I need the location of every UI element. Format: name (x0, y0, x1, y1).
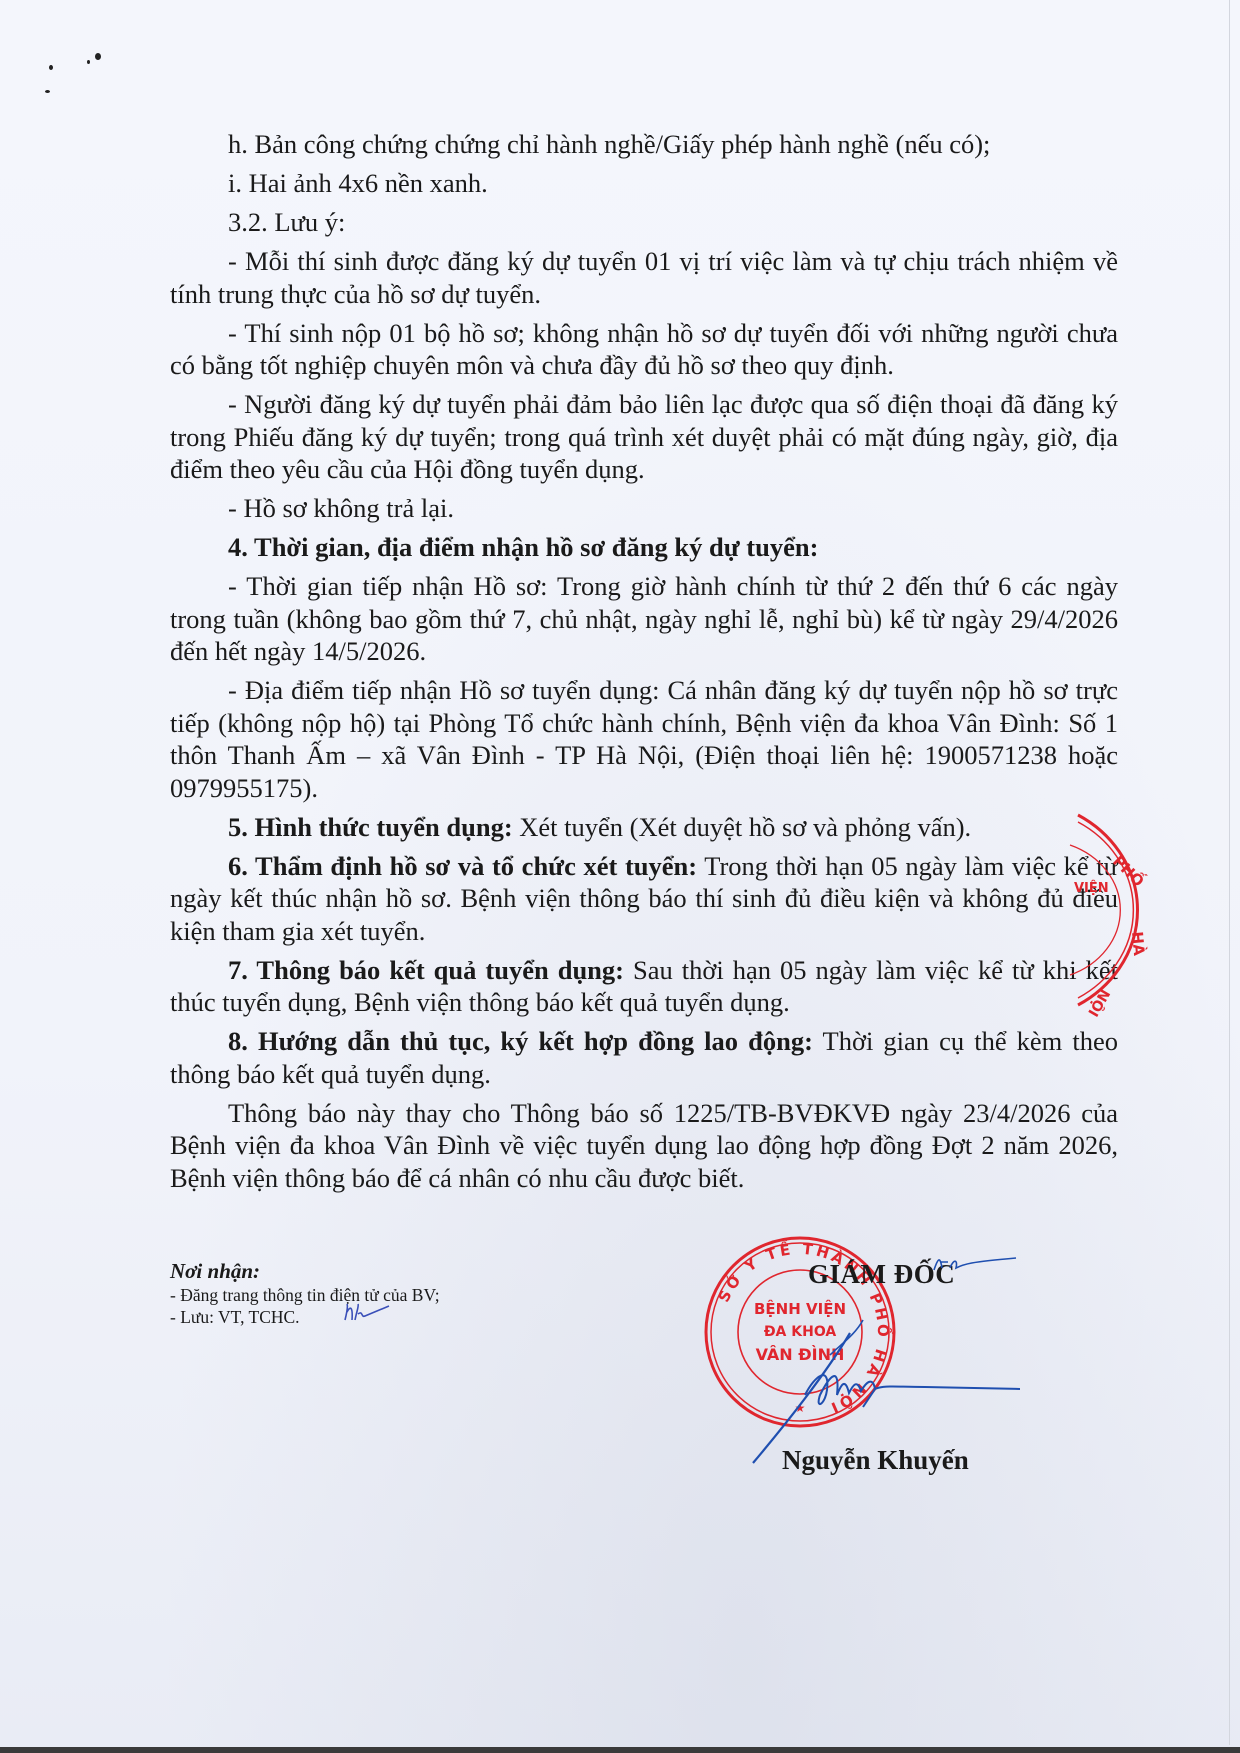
recipients-title: Nơi nhận: (170, 1258, 630, 1284)
paragraph-section-8: 8. Hướng dẫn thủ tục, ký kết hợp đồng la… (170, 1025, 1118, 1090)
paragraph-note-4: - Hồ sơ không trả lại. (170, 492, 1118, 525)
paragraph-section-4-place: - Địa điểm tiếp nhận Hồ sơ tuyển dụng: C… (170, 674, 1118, 804)
paragraph-closing: Thông báo này thay cho Thông báo số 1225… (170, 1097, 1118, 1195)
handwritten-flourish (930, 1250, 1020, 1280)
scan-specks (45, 50, 105, 95)
paragraph-section-5: 5. Hình thức tuyển dụng: Xét tuyển (Xét … (170, 811, 1118, 844)
note-heading: 3.2. Lưu ý: (170, 206, 1118, 239)
paragraph-section-4-time: - Thời gian tiếp nhận Hồ sơ: Trong giờ h… (170, 570, 1118, 668)
paragraph-section-6: 6. Thẩm định hồ sơ và tổ chức xét tuyển:… (170, 850, 1118, 948)
handwritten-initials (341, 1300, 401, 1324)
paragraph-item-h: h. Bản công chứng chứng chỉ hành nghề/Gi… (170, 128, 1118, 161)
scan-edge-line (1229, 0, 1230, 1745)
scan-bottom-border (0, 1747, 1240, 1753)
handwritten-signature (745, 1315, 1045, 1465)
section-4-heading: 4. Thời gian, địa điểm nhận hồ sơ đăng k… (170, 531, 1118, 564)
paragraph-note-1: - Mỗi thí sinh được đăng ký dự tuyển 01 … (170, 245, 1118, 310)
paragraph-note-3: - Người đăng ký dự tuyển phải đảm bảo li… (170, 388, 1118, 486)
paragraph-note-2: - Thí sinh nộp 01 bộ hồ sơ; không nhận h… (170, 317, 1118, 382)
document-body: h. Bản công chứng chứng chỉ hành nghề/Gi… (170, 128, 1118, 1201)
paragraph-section-7: 7. Thông báo kết quả tuyển dụng: Sau thờ… (170, 954, 1118, 1019)
paragraph-item-i: i. Hai ảnh 4x6 nền xanh. (170, 167, 1118, 200)
